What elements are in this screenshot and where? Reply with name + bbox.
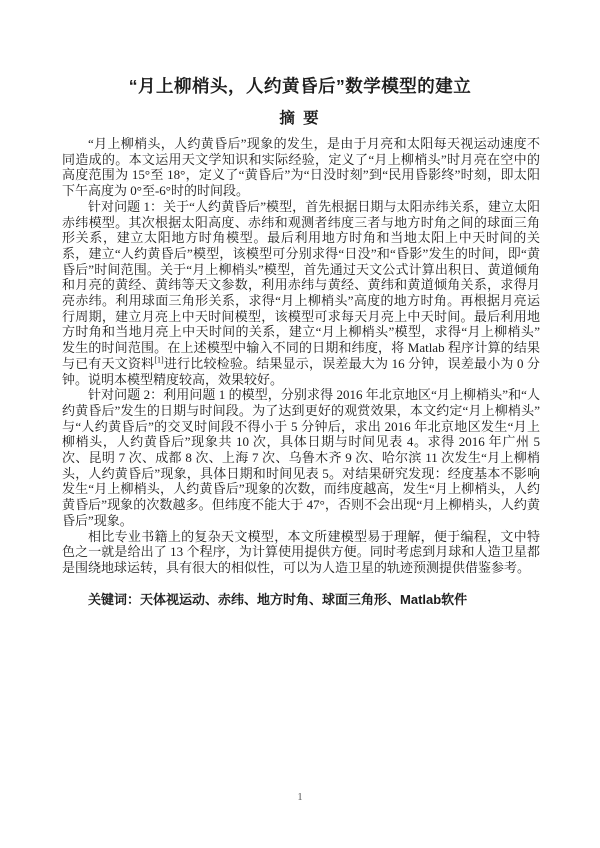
keywords-text: 天体视运动、赤纬、地方时角、球面三角形、Matlab软件 bbox=[140, 592, 467, 607]
abstract-paragraph-2: 针对问题 1：关于“人约黄昏后”模型，首先根据日期与太阳赤纬关系，建立太阳赤纬模… bbox=[62, 199, 540, 387]
abstract-body: “月上柳梢头，人约黄昏后”现象的发生，是由于月亮和太阳每天视运动速度不同造成的。… bbox=[62, 136, 540, 607]
citation-reference-1: [1] bbox=[154, 356, 163, 365]
abstract-heading: 摘 要 bbox=[0, 110, 600, 127]
abstract-paragraph-3: 针对问题 2：利用问题 1 的模型，分别求得 2016 年北京地区“月上柳梢头”… bbox=[62, 387, 540, 528]
abstract-paragraph-1: “月上柳梢头，人约黄昏后”现象的发生，是由于月亮和太阳每天视运动速度不同造成的。… bbox=[62, 136, 540, 199]
paper-title: “月上柳梢头，人约黄昏后”数学模型的建立 bbox=[0, 76, 600, 96]
keywords-label: 关键词： bbox=[88, 592, 140, 607]
document-page: “月上柳梢头，人约黄昏后”数学模型的建立 摘 要 “月上柳梢头，人约黄昏后”现象… bbox=[0, 0, 600, 848]
page-number: 1 bbox=[0, 792, 600, 803]
keywords-line: 关键词：天体视运动、赤纬、地方时角、球面三角形、Matlab软件 bbox=[62, 592, 540, 608]
abstract-paragraph-4: 相比专业书籍上的复杂天文模型，本文所建模型易于理解，便于编程，文中特色之一就是给… bbox=[62, 529, 540, 576]
abstract-paragraph-2-text: 针对问题 1：关于“人约黄昏后”模型，首先根据日期与太阳赤纬关系，建立太阳赤纬模… bbox=[62, 199, 540, 371]
